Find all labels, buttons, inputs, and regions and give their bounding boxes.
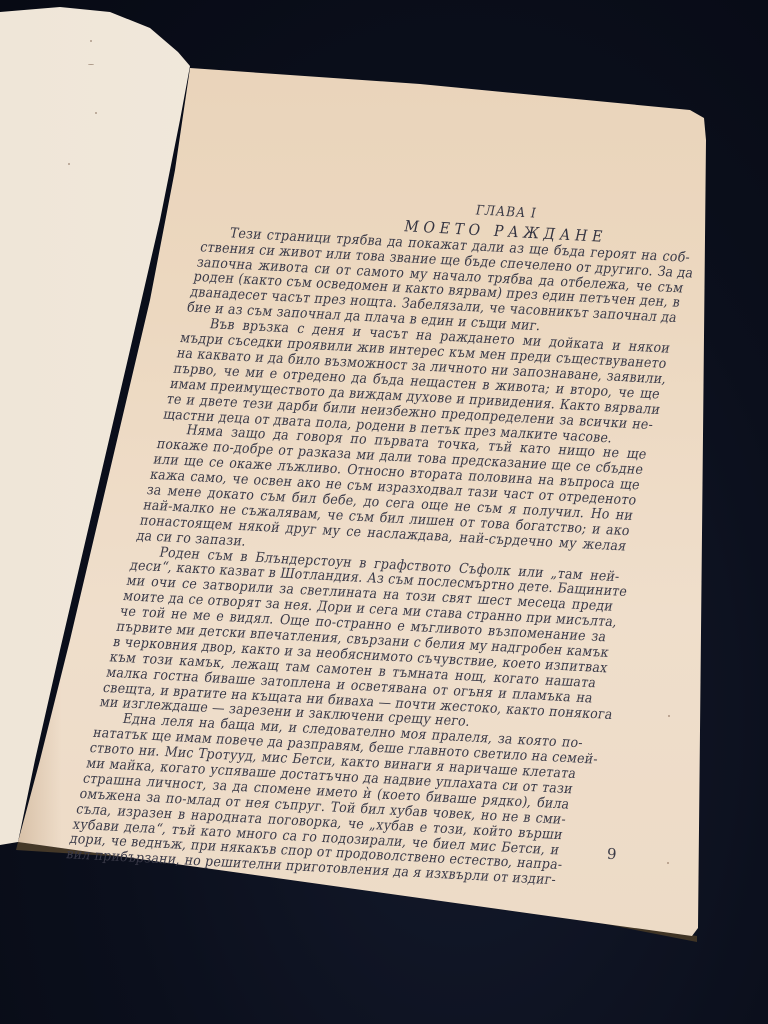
page-number: 9 xyxy=(606,845,617,864)
book-photo: ГЛАВА I МОЕТО РАЖДАНЕ Тези страници тряб… xyxy=(0,0,768,1024)
